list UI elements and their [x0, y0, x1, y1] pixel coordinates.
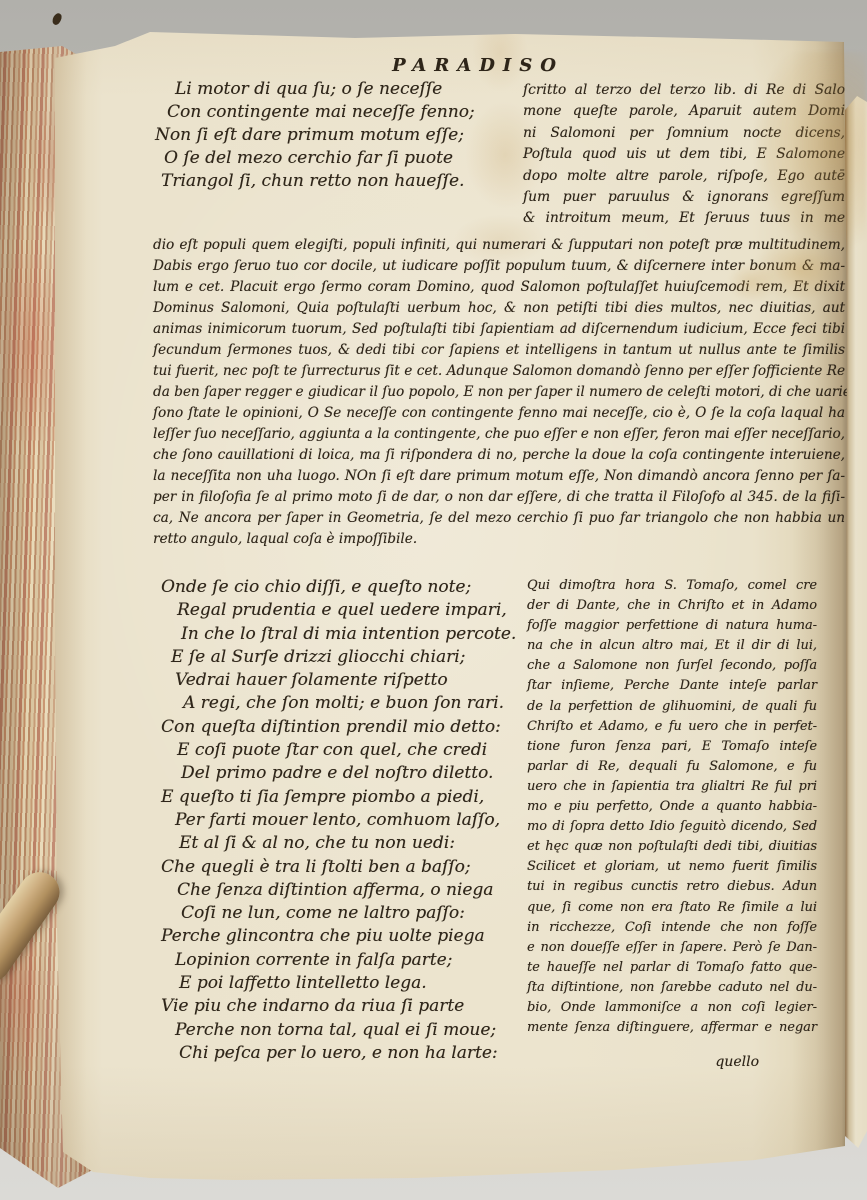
- fly-speck: [51, 12, 64, 26]
- commentary-column-top-right: ſcritto al terzo del terzo lib. di Re di…: [523, 80, 845, 230]
- commentary-line: ni Salomoni per ſomnium nocte dicens,: [523, 123, 845, 144]
- verse-line: Non ſi eſt dare primum motum eſſe;: [155, 124, 525, 147]
- commentary-line: ſono ſtate le opinioni, O Se neceſſe con…: [153, 403, 845, 424]
- verse-line: Con contingente mai neceſſe fenno;: [155, 101, 525, 124]
- verse-line: E coſi puote ſtar con quel, che credi: [161, 739, 535, 762]
- commentary-line: mente ſenza diſtinguere, affermar e nega…: [527, 1018, 817, 1038]
- commentary-line: Poſtula quod uis ut dem tibi, E Salomone: [523, 144, 845, 165]
- commentary-line: de la perfettion de glihuomini, de quali…: [527, 697, 817, 717]
- commentary-line: e non doueſſe eſſer in ſapere. Però ſe D…: [527, 938, 817, 958]
- verse-line: O ſe del mezo cerchio far ſi puote: [155, 147, 525, 170]
- commentary-line: der di Dante, che in Chriſto et in Adamo: [527, 596, 817, 616]
- verse-line: Li motor di qua ſu; o ſe neceſſe: [155, 78, 525, 101]
- verse-line: Perche non torna tal, qual ei ſi moue;: [161, 1019, 535, 1042]
- commentary-line: foſſe maggior perfettione di natura huma…: [527, 616, 817, 636]
- commentary-line: Dominus Salomoni, Quia poſtulaſti uerbum…: [153, 298, 845, 319]
- commentary-line: na che in alcun altro mai, Et il dir di …: [527, 636, 817, 656]
- commentary-line: tione furon ſenza pari, E Tomaſo inteſe: [527, 737, 817, 757]
- verse-line: Lopinion corrente in falſa parte;: [161, 949, 535, 972]
- verse-block-top: Li motor di qua ſu; o ſe neceſſeCon cont…: [155, 78, 525, 193]
- commentary-line: tui fuerit, nec poſt te ſurrecturus ſit …: [153, 361, 845, 382]
- commentary-line: ſcritto al terzo del terzo lib. di Re di…: [523, 80, 845, 101]
- verse-line: E ſe al Surſe drizzi gliocchi chiari;: [161, 646, 535, 669]
- book-page: PARADISO Li motor di qua ſu; o ſe neceſſ…: [55, 28, 847, 1180]
- commentary-line: la neceſſita non uha luogo. NOn ſi eſt d…: [153, 466, 845, 487]
- commentary-line: et hęc quæ non poſtulaſti dedi tibi, diu…: [527, 837, 817, 857]
- verse-line: Che quegli è tra li ſtolti ben a baſſo;: [161, 856, 535, 879]
- commentary-line: leſſer ſuo neceſſario, aggiunta a la con…: [153, 424, 845, 445]
- commentary-line: ſecundum ſermones tuos, & dedi tibi cor …: [153, 340, 845, 361]
- commentary-line: Chriſto et Adamo, e fu uero che in perfe…: [527, 717, 817, 737]
- commentary-column-bottom-right: Qui dimoſtra hora S. Tomaſo, comel crede…: [527, 576, 817, 1038]
- commentary-line: che a Salomone non ſurſel ſecondo, poſſa: [527, 656, 817, 676]
- commentary-line: mo e piu perfetto, Onde a quanto habbia-: [527, 797, 817, 817]
- verse-line: Chi peſca per lo uero, e non ha larte:: [161, 1042, 535, 1065]
- commentary-line: dio eſt populi quem elegiſti, populi inf…: [153, 235, 845, 256]
- commentary-line: per in filoſofia ſe al primo moto ſi de …: [153, 487, 845, 508]
- commentary-line: che ſono cauillationi di loica, ma ſi ri…: [153, 445, 845, 466]
- commentary-line: ſum puer paruulus & ignorans egreſſum: [523, 187, 845, 208]
- commentary-line: ſtar inſieme, Perche Dante inteſe parlar: [527, 676, 817, 696]
- commentary-line: in ricchezze, Coſi intende che non foſſe: [527, 918, 817, 938]
- running-head: PARADISO: [328, 55, 628, 76]
- verse-line: In che lo ſtral di mia intention percote…: [161, 623, 535, 646]
- verse-line: Triangol ſi, chun retto non haueſſe.: [155, 170, 525, 193]
- verse-line: Che ſenza diſtintion afferma, o niega: [161, 879, 535, 902]
- commentary-line: uero che in ſapientia tra glialtri Re fu…: [527, 777, 817, 797]
- commentary-line: mone queſte parole, Aparuit autem Domi: [523, 101, 845, 122]
- verse-line: A regi, che ſon molti; e buon ſon rari.: [161, 692, 535, 715]
- commentary-line: parlar di Re, dequali fu Salomone, e fu: [527, 757, 817, 777]
- commentary-line: ca, Ne ancora per ſaper in Geometria, ſe…: [153, 508, 845, 529]
- verse-line: Regal prudentia e quel uedere impari,: [161, 599, 535, 622]
- commentary-line: te haueſſe nel parlar di Tomaſo fatto qu…: [527, 958, 817, 978]
- commentary-line: bio, Onde lammoniſce a non coſi legier-: [527, 998, 817, 1018]
- commentary-block-full-width: dio eſt populi quem elegiſti, populi inf…: [153, 235, 845, 550]
- verse-line: Et al ſi & al no, che tu non uedi:: [161, 832, 535, 855]
- commentary-line: Dabis ergo ſeruo tuo cor docile, ut iudi…: [153, 256, 845, 277]
- commentary-line: Qui dimoſtra hora S. Tomaſo, comel cre: [527, 576, 817, 596]
- catchword: quello: [527, 1054, 759, 1070]
- verse-line: Vie piu che indarno da riua ſi parte: [161, 995, 535, 1018]
- verse-line: Per farti mouer lento, comhuom laſſo,: [161, 809, 535, 832]
- verse-line: Onde ſe cio chio diſſi, e queſto note;: [161, 576, 535, 599]
- verse-line: Vedrai hauer ſolamente riſpetto: [161, 669, 535, 692]
- commentary-line: dopo molte altre parole, riſpoſe, Ego au…: [523, 166, 845, 187]
- commentary-line: lum e cet. Placuit ergo ſermo coram Domi…: [153, 277, 845, 298]
- commentary-line: que, ſi come non era ſtato Re ſimile a l…: [527, 898, 817, 918]
- commentary-line: ſta diſtintione, non ſarebbe caduto nel …: [527, 978, 817, 998]
- commentary-line: retto angulo, laqual coſa è impoſſibile.: [153, 529, 845, 550]
- verse-line: E queſto ti ſia ſempre piombo a piedi,: [161, 786, 535, 809]
- verse-line: E poi laffetto lintelletto lega.: [161, 972, 535, 995]
- commentary-line: animas inimicorum tuorum, Sed poſtulaſti…: [153, 319, 845, 340]
- verse-line: Con queſta diſtintion prendil mio detto:: [161, 716, 535, 739]
- photo-backdrop: { "header": { "title": "PARADISO" }, "ve…: [0, 0, 867, 1200]
- verse-line: Coſi ne lun, come ne laltro paſſo:: [161, 902, 535, 925]
- commentary-line: tui in regibus cunctis retro diebus. Adu…: [527, 877, 817, 897]
- verse-block-bottom: Onde ſe cio chio diſſi, e queſto note;Re…: [161, 576, 535, 1065]
- verse-line: Del primo padre e del noſtro diletto.: [161, 762, 535, 785]
- commentary-line: Scilicet et gloriam, ut nemo fuerit ſimi…: [527, 857, 817, 877]
- commentary-line: da ben ſaper regger e giudicar il ſuo po…: [153, 382, 845, 403]
- next-page-edge: [845, 96, 867, 1154]
- commentary-line: mo di ſopra detto Idio ſeguitò dicendo, …: [527, 817, 817, 837]
- verse-line: Perche glincontra che piu uolte piega: [161, 925, 535, 948]
- commentary-line: & introitum meum, Et ſeruus tuus in me: [523, 208, 845, 229]
